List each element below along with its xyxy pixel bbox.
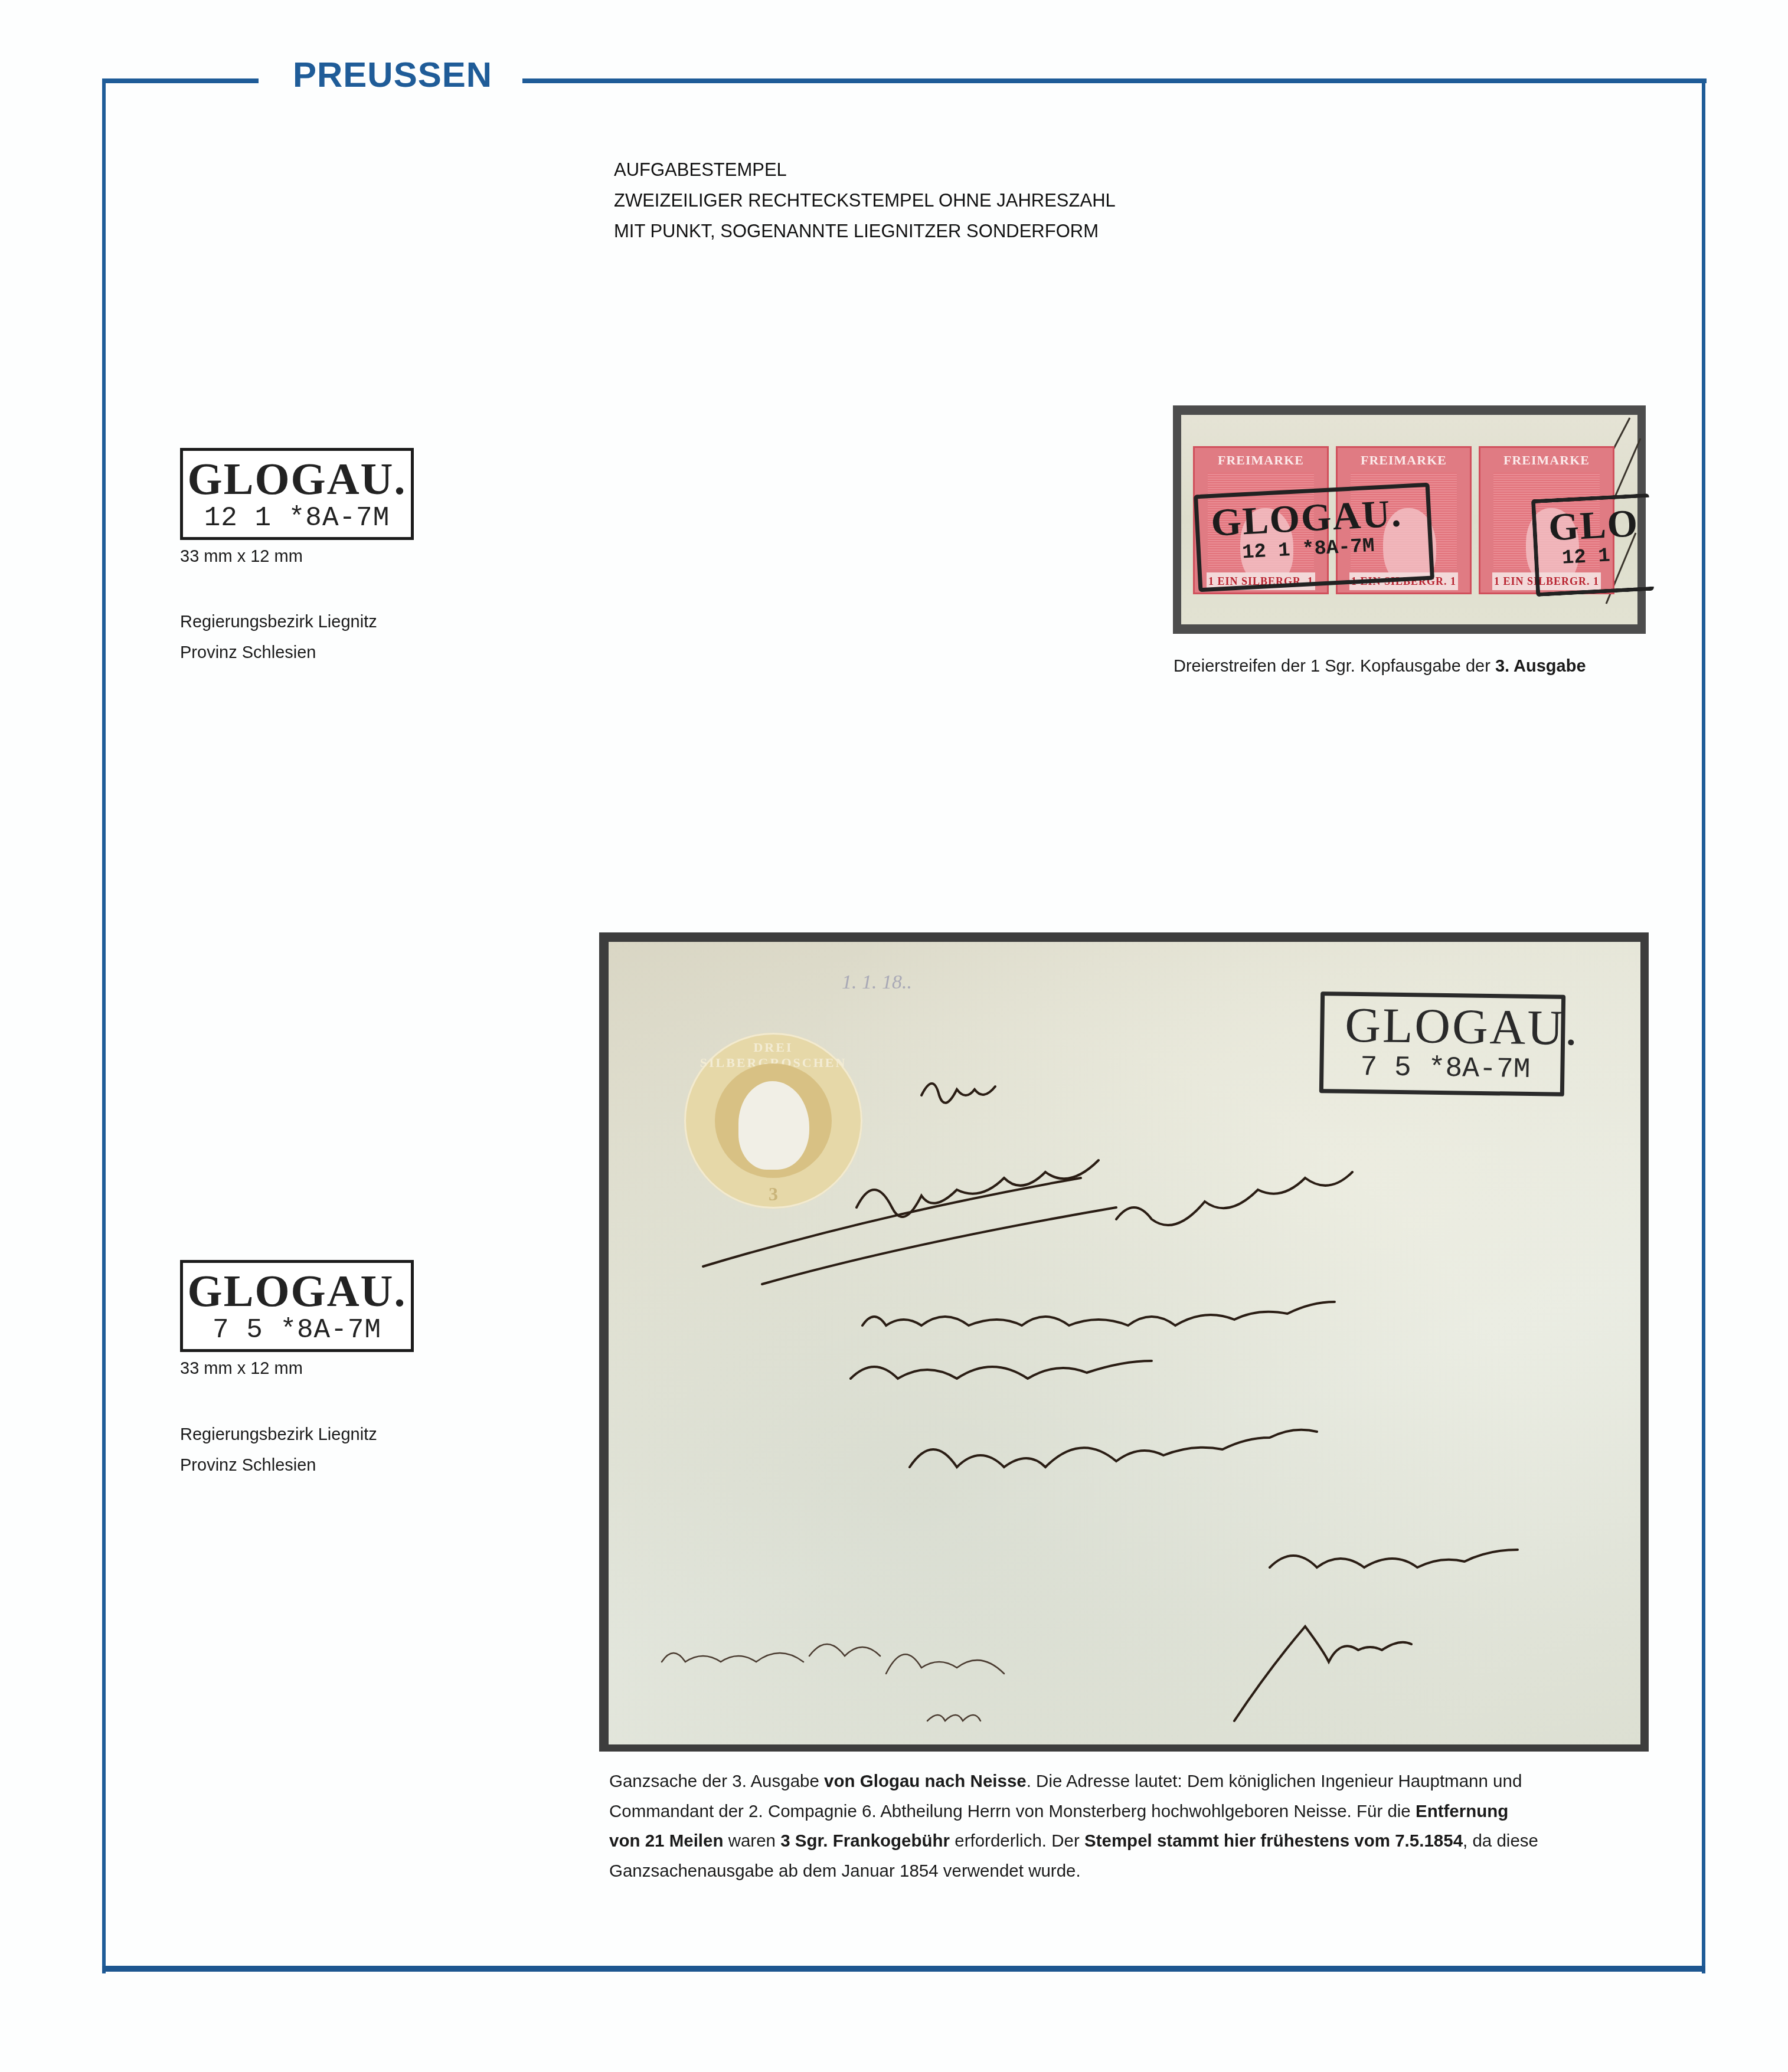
stamp-strip-mount: FREIMARKE 1 EIN SILBERGR. 1 FREIMARKE 1 …	[1173, 405, 1646, 634]
province-label-2: Provinz Schlesien	[180, 1450, 316, 1481]
strip-cancel-date: 12 1	[1561, 545, 1610, 569]
strip-cancel-town: GLOGAU.	[1210, 493, 1403, 544]
envelope-cover: 1. 1. 18.. DREI SILBERGROSCHEN 3 GLOGAU.…	[609, 942, 1640, 1744]
caption-bold-text: von Glogau nach Neisse	[824, 1772, 1027, 1791]
caption-text: Dreierstreifen der 1 Sgr. Kopfausgabe de…	[1174, 657, 1495, 676]
cancel-town: GLOGAU.	[183, 454, 411, 504]
strip-cancel-town: GLO	[1548, 503, 1640, 549]
caption-bold-text: 3. Ausgabe	[1495, 657, 1586, 676]
page-title: PREUSSEN	[277, 54, 508, 96]
handwritten-address-icon	[609, 942, 1640, 1744]
caption-line-3: von 21 Meilen waren 3 Sgr. Frankogebühr …	[609, 1826, 1654, 1857]
frame-left-border	[102, 78, 106, 1973]
frame-top-border-right	[522, 78, 1707, 83]
cancel-date: 12 1 *8A-7M	[183, 503, 411, 533]
stamp-strip-paper: FREIMARKE 1 EIN SILBERGR. 1 FREIMARKE 1 …	[1181, 415, 1637, 624]
caption-text: Commandant der 2. Compagnie 6. Abtheilun…	[609, 1802, 1416, 1821]
cancel-date: 7 5 *8A-7M	[183, 1315, 411, 1346]
cancel-size-2: 33 mm x 12 mm	[180, 1359, 303, 1379]
reference-cancel-1: GLOGAU. 12 1 *8A-7M	[180, 448, 414, 540]
envelope-mount: 1. 1. 18.. DREI SILBERGROSCHEN 3 GLOGAU.…	[599, 932, 1649, 1752]
caption-bold-text: Stempel stammt hier frühestens vom 7.5.1…	[1084, 1831, 1463, 1851]
stamp-top-label: FREIMARKE	[1492, 451, 1601, 469]
strip-cancel-full: GLOGAU. 12 1 *8A-7M	[1194, 483, 1434, 593]
frame-right-border	[1702, 78, 1705, 1973]
caption-text: Ganzsache der 3. Ausgabe	[609, 1772, 824, 1791]
caption-text: waren	[723, 1831, 780, 1851]
district-label-2: Regierungsbezirk Liegnitz	[180, 1419, 377, 1450]
stamp-top-label: FREIMARKE	[1207, 451, 1315, 469]
stamp-strip-caption: Dreierstreifen der 1 Sgr. Kopfausgabe de…	[1174, 657, 1586, 676]
caption-bold-text: 3 Sgr. Frankogebühr	[780, 1831, 950, 1851]
cancel-size-1: 33 mm x 12 mm	[180, 547, 303, 567]
frame-bottom-border	[102, 1966, 1705, 1972]
caption-bold-text: Entfernung	[1416, 1802, 1508, 1821]
heading-line-1: AUFGABESTEMPEL	[614, 155, 1116, 185]
section-heading: AUFGABESTEMPEL ZWEIZEILIGER RECHTECKSTEM…	[614, 155, 1116, 247]
frame-top-border-left	[102, 78, 259, 83]
heading-line-2: ZWEIZEILIGER RECHTECKSTEMPEL OHNE JAHRES…	[614, 185, 1116, 216]
province-label-1: Provinz Schlesien	[180, 637, 316, 668]
cancel-town: GLOGAU.	[183, 1266, 411, 1316]
stamp-top-label: FREIMARKE	[1349, 451, 1458, 469]
caption-line-2: Commandant der 2. Compagnie 6. Abtheilun…	[609, 1797, 1654, 1827]
heading-line-3: MIT PUNKT, SOGENANNTE LIEGNITZER SONDERF…	[614, 216, 1116, 247]
reference-cancel-2: GLOGAU. 7 5 *8A-7M	[180, 1260, 414, 1352]
caption-bold-text: von 21 Meilen	[609, 1831, 723, 1851]
caption-line-1: Ganzsache der 3. Ausgabe von Glogau nach…	[609, 1767, 1654, 1797]
district-label-1: Regierungsbezirk Liegnitz	[180, 607, 377, 637]
envelope-caption: Ganzsache der 3. Ausgabe von Glogau nach…	[609, 1767, 1654, 1886]
caption-text: erforderlich. Der	[950, 1831, 1084, 1851]
strip-cancel-partial: GLO 12 1	[1531, 493, 1654, 597]
caption-text: , da diese	[1463, 1831, 1538, 1851]
caption-text: . Die Adresse lautet: Dem königlichen In…	[1027, 1772, 1522, 1791]
caption-text: Ganzsachenausgabe ab dem Januar 1854 ver…	[609, 1861, 1081, 1881]
caption-line-4: Ganzsachenausgabe ab dem Januar 1854 ver…	[609, 1857, 1654, 1887]
